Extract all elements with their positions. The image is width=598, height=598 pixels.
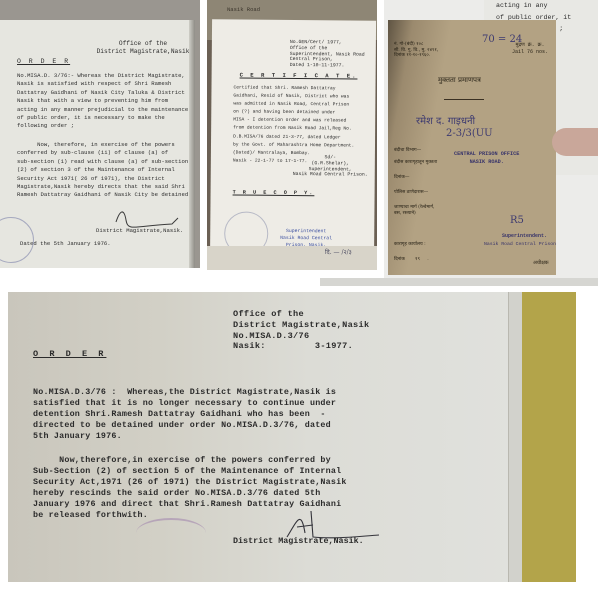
- signature-line: District Magistrate,Nasik.: [233, 536, 364, 546]
- order-paragraph-2: Now, therefore, in exercise of the power…: [17, 141, 195, 200]
- print-reference: मुद्रण क्रं. क्र. Jail 76 nos.: [512, 42, 548, 56]
- field-travel-route: जाण्याचा मार्ग (रेल्वेमार्ग, बस, रस्त्या…: [394, 205, 434, 217]
- field-date: दिनांक—: [394, 175, 410, 181]
- field-prison-office: कारागृह कार्यालय :: [394, 242, 426, 248]
- seal-stamp-icon: [136, 518, 206, 548]
- field-division: बंदीचा विभाग—: [394, 148, 421, 154]
- bottom-paper-strip: [320, 278, 598, 286]
- revocation-order-photo: Office of the District Magistrate,Nasik …: [8, 292, 576, 582]
- order-paragraph-1: No.MISA.D. 3/76:- Whereas the District M…: [17, 72, 195, 131]
- superintendent-label: Superintendent.: [502, 233, 547, 239]
- detention-order-photo: Office of the District Magistrate,Nasik …: [0, 0, 200, 268]
- true-copy-label: T R U E C O P Y.: [233, 189, 315, 196]
- office-line-2: District Magistrate,Nasik: [88, 48, 198, 56]
- handwritten-id: 2-3/3(UU: [446, 128, 493, 139]
- certificate-sheet: No.GEN/Cert/ 1977, Office of the Superin…: [210, 19, 376, 270]
- prison-office-stamp: CENTRAL PRISON OFFICE NASIK ROAD.: [454, 150, 519, 166]
- revocation-order-sheet: Office of the District Magistrate,Nasik …: [8, 292, 513, 582]
- certificate-signature-block: Sd/- (G.R.Shelar), Superintendent, Nasik…: [293, 155, 368, 179]
- certificate-heading: C E R T I F I C A T E.: [240, 72, 358, 80]
- finger-holding-page: [552, 128, 598, 156]
- order-paragraph-1: No.MISA.D.3/76 : Whereas,the District Ma…: [33, 387, 336, 442]
- certificate-title: मुक्तता प्रमाणपत्र: [438, 76, 481, 85]
- office-line-1: Office of the: [88, 40, 198, 48]
- handwritten-initials: R5: [510, 215, 524, 226]
- certificate-photo: Nasik Road No.GEN/Cert/ 1977, Office of …: [207, 0, 377, 270]
- certificate-header: No.GEN/Cert/ 1977, Office of the Superin…: [290, 40, 365, 70]
- seal-stamp-icon: [0, 217, 34, 263]
- detention-order-sheet: Office of the District Magistrate,Nasik …: [0, 20, 195, 268]
- prison-name: Nasik Road Central Prison: [484, 242, 556, 247]
- field-release-from-prison: बंदीस कारागृहातून मुक्तता: [394, 160, 437, 166]
- field-police-station: पोलिस ठाणेदारास—: [394, 190, 428, 196]
- background-text: Nasik Road: [227, 6, 260, 13]
- reference-number: नं. गो-(बंदी) १०८ सी. वि. गु. वि., मु. २…: [394, 42, 438, 59]
- release-certificate-card: नं. गो-(बंदी) १०८ सी. वि. गु. वि., मु. २…: [388, 20, 556, 275]
- field-date-bottom: दिनांक १९ .: [394, 257, 429, 263]
- signature-line: District Magistrate,Nasik.: [96, 227, 183, 234]
- cardboard-background: [522, 292, 576, 582]
- release-certificate-photo: acting in any of public order, it follow…: [384, 0, 598, 278]
- office-header: Office of the District Magistrate,Nasik: [88, 40, 198, 55]
- signature-icon: [112, 200, 182, 230]
- office-header: Office of the District Magistrate,Nasik …: [233, 309, 369, 352]
- order-heading: O R D E R: [17, 58, 70, 65]
- title-divider: [444, 99, 484, 100]
- underlying-page-edge: [508, 292, 523, 582]
- designation-label: अधीक्षक: [533, 260, 549, 266]
- order-heading: O R D E R: [33, 349, 106, 359]
- handwritten-name: रमेश द. गाइधनी: [416, 113, 475, 127]
- handwritten-note: दि. — /२/३: [325, 248, 352, 256]
